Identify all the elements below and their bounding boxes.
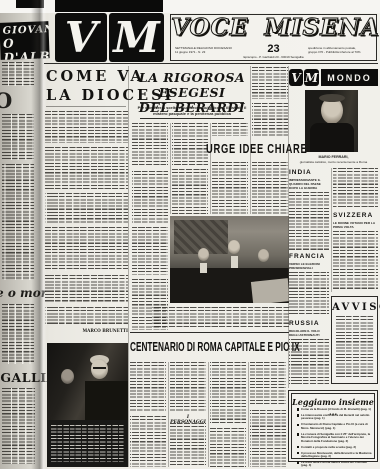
berardi-rule-top xyxy=(140,102,244,103)
section-label-india: INDIA xyxy=(289,169,312,176)
list-item: Il processo Montesanti, della Brunetti e… xyxy=(297,452,372,459)
avviso-box: AVVISO xyxy=(331,296,378,384)
berardi-col2-paragraph xyxy=(172,169,208,214)
section-label-svizzera: SVIZZERA xyxy=(333,212,373,219)
list-item-text: La festa della Piccola Italia a Roma del… xyxy=(301,461,372,468)
bullet-icon xyxy=(297,446,299,448)
ferrari-hair xyxy=(319,94,345,102)
centenario-col3-paragraph xyxy=(210,362,246,424)
list-item-text: La cronaca di Senigallia con il 25° dell… xyxy=(301,433,372,443)
list-item: La cronaca di Senigallia con il 25° dell… xyxy=(297,433,372,443)
leggiamo-items: Come va la Diocesi (il fondo di M. Brune… xyxy=(297,408,372,468)
avviso-body xyxy=(336,316,374,378)
section-subhead-francia: VERSO LE ELEZIONI PRESIDENZIALI xyxy=(289,262,329,270)
group-photo-shirt xyxy=(200,263,207,273)
group-photo-caption xyxy=(152,307,289,329)
come-va-paragraph xyxy=(45,193,128,223)
section-label-francia: FRANCIA xyxy=(289,253,325,260)
column-rule xyxy=(248,362,249,467)
section-subhead-svizzera: LE DONNE VOTANO PER LA PRIMA VOLTA xyxy=(333,221,377,229)
urge-idee-headline: URGE IDEE CHIARE xyxy=(206,141,307,156)
clergy-photo-face-right xyxy=(91,359,108,379)
adjacent-partial-letter: O xyxy=(0,88,14,112)
column-rule xyxy=(210,123,211,214)
campidoglio-group-photo xyxy=(170,216,289,303)
centenario-col1-paragraph xyxy=(130,416,166,467)
berardi-rule-bottom xyxy=(140,118,244,119)
list-item: Contatti e proposte nella scuola (pag. 3… xyxy=(297,446,372,449)
bullet-icon xyxy=(297,424,299,426)
mondo-label: MONDO xyxy=(321,69,378,86)
vm-logo-v: V xyxy=(55,13,107,62)
clergy-caption-text xyxy=(51,425,124,462)
berardi-col1-paragraph xyxy=(132,227,168,275)
portrait-caption-desc: giornalista cattolico, morto recentement… xyxy=(289,160,378,164)
section-subhead-russia: REGOLARE IL VOLO DEGLI ASTRONAUTI xyxy=(289,329,329,337)
column-rule xyxy=(331,168,332,292)
avviso-title: AVVISO xyxy=(332,302,377,313)
clergy-photo-face-left xyxy=(61,369,74,384)
centenario-col2-paragraph xyxy=(170,362,206,412)
centenario-col4-paragraph xyxy=(250,410,286,467)
vm-logo-v-letter: V xyxy=(65,13,98,62)
adjacent-text-block xyxy=(2,164,34,280)
group-photo-head xyxy=(228,240,240,254)
bullet-icon xyxy=(297,408,299,410)
section-subhead-india: IMPRESSIONANTE IL QUADRO DEL PAESE DOPO … xyxy=(289,178,329,190)
berardi-col1-paragraph xyxy=(132,123,168,167)
group-photo-table xyxy=(251,278,289,303)
list-item: Come va la Diocesi (il fondo di M. Brune… xyxy=(297,408,372,411)
column-rule xyxy=(168,362,169,467)
clergy-photo xyxy=(47,343,128,420)
list-item: La interessante conferenza del Berardi n… xyxy=(297,414,372,421)
clergy-photo-glasses xyxy=(93,367,106,369)
berardi-subtitle: Per due sere a scelto e numeroso pubblic… xyxy=(134,105,250,116)
list-item-text: Contatti e proposte nella scuola (pag. 3… xyxy=(301,446,356,449)
svizzera-text xyxy=(333,231,378,291)
centenario-headline: CENTENARIO DI ROMA CAPITALE E PIO IX xyxy=(130,340,300,354)
centenario-rule xyxy=(130,332,289,333)
francia-text xyxy=(289,272,329,316)
urge-col2-paragraph xyxy=(252,103,288,136)
masthead-right-info: spedizione in abbonamento postale, grupp… xyxy=(308,46,372,54)
come-va-paragraph xyxy=(45,307,128,325)
list-item-text: Il Centenario di Roma Capitale e Pio IX … xyxy=(301,423,372,430)
india-text xyxy=(289,192,329,250)
bullet-icon xyxy=(297,414,299,416)
come-va-paragraph xyxy=(45,147,128,189)
group-photo-shirt xyxy=(231,256,238,268)
mondo-right-text xyxy=(333,168,378,208)
column-rule xyxy=(208,362,209,467)
adjacent-text-block xyxy=(2,304,34,364)
berardi-col2-paragraph xyxy=(172,123,208,165)
bullet-icon xyxy=(297,461,299,463)
list-item-text: Come va la Diocesi (il fondo di M. Brune… xyxy=(301,408,371,411)
mondo-logo-v: V xyxy=(289,69,303,86)
urge-col2-paragraph xyxy=(252,162,288,214)
masthead-box: VOCE MISENA SETTIMANALE RELIGIOSO DIOCES… xyxy=(170,14,377,61)
urge-col1-paragraph xyxy=(212,123,248,136)
centenario-col1-paragraph xyxy=(130,362,166,412)
come-va-paragraph xyxy=(45,227,128,271)
come-va-rule xyxy=(46,106,126,107)
column-rule xyxy=(170,123,171,214)
come-va-byline: MARCO BRUNETTI xyxy=(45,328,128,333)
clergy-photo-robe xyxy=(85,381,128,420)
mondo-logo-v-letter: V xyxy=(291,71,300,85)
clergy-photo-caption xyxy=(47,420,128,467)
come-va-paragraph xyxy=(45,111,128,143)
list-item-text: La interessante conferenza del Berardi n… xyxy=(301,414,372,421)
bullet-icon xyxy=(297,452,299,454)
ferrari-portrait-photo xyxy=(305,90,358,152)
list-item-text: Il processo Montesanti, della Brunetti e… xyxy=(301,452,372,459)
section-label-russia: RUSSIA xyxy=(289,320,320,327)
mondo-logo-m: M xyxy=(304,69,319,86)
masthead-address: Episcopio - P. Garibaldi 20 - 60019 Seni… xyxy=(171,55,376,59)
group-photo-head xyxy=(258,249,269,262)
centenario-col2-paragraph xyxy=(170,423,206,467)
urge-col2-paragraph xyxy=(252,67,288,99)
adjacent-text-block xyxy=(2,114,34,160)
bullet-icon xyxy=(297,433,299,435)
urge-col1-paragraph xyxy=(212,162,248,214)
berardi-headline-line1: LA RIGOROSA ESEGESI xyxy=(132,70,252,100)
come-va-headline-line1: COME VA xyxy=(46,68,145,86)
masthead-right-line2: gruppo I/70 - Pubblicità inferiore al 70… xyxy=(308,50,372,54)
list-item: La festa della Piccola Italia a Roma del… xyxy=(297,461,372,468)
column-rule xyxy=(128,66,129,467)
adjacent-text-block xyxy=(2,62,34,86)
russia-text xyxy=(289,339,329,385)
list-item: Il Centenario di Roma Capitale e Pio IX … xyxy=(297,423,372,430)
group-photo-head xyxy=(198,248,209,261)
come-va-paragraph xyxy=(45,275,128,303)
ferrari-suit xyxy=(310,123,354,152)
berardi-col1-paragraph xyxy=(132,171,168,223)
centenario-col4-paragraph xyxy=(250,362,286,406)
header-rule xyxy=(44,63,378,64)
portrait-caption-name: MARIO FERRARI, xyxy=(289,155,378,159)
publication-title: VOCE MISENA xyxy=(171,15,376,41)
column-rule xyxy=(250,66,251,214)
vm-logo-m-letter: M xyxy=(113,13,160,62)
centenario-col3-paragraph xyxy=(210,428,246,467)
leggiamo-box: Leggiamo insieme ... Come va la Diocesi … xyxy=(288,390,378,462)
scan-artifact-bar xyxy=(55,0,163,12)
mondo-logo-m-letter: M xyxy=(305,71,318,85)
newspaper-scan: GIOVAN O D'ALB O e o mort IGALLIA N V M … xyxy=(0,0,380,469)
vm-logo-m: M xyxy=(109,13,164,62)
